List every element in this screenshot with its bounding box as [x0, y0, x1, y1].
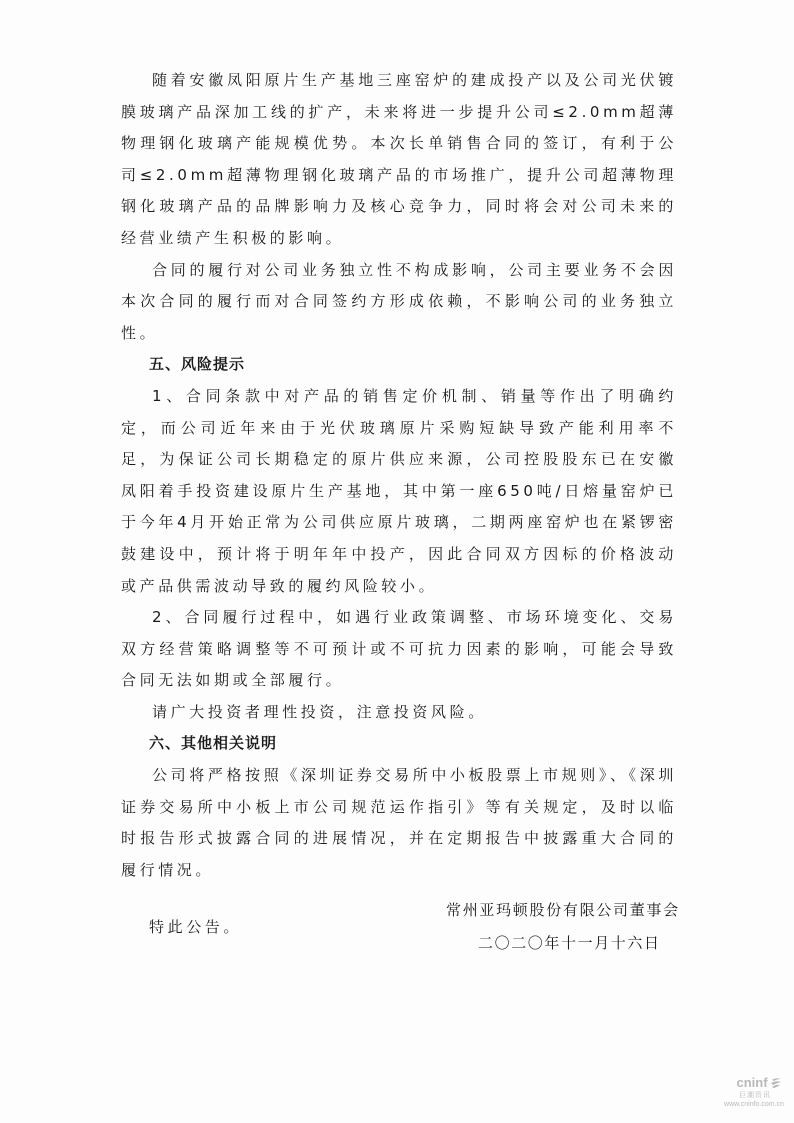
paragraph-disclosure: 公司将严格按照《深圳证券交易所中小板股票上市规则》、《深圳证券交易所中小板上市公… — [121, 760, 677, 886]
watermark-logo-text: cninf — [736, 1075, 767, 1090]
cninfo-watermark: cninf 巨潮资讯 www.cninfo.com.cn — [716, 1072, 792, 1109]
signature-date: 二〇二〇年十一月十六日 — [478, 929, 661, 957]
watermark-chinese-name: 巨潮资讯 — [718, 1091, 792, 1100]
signature-board: 常州亚玛顿股份有限公司董事会 — [446, 896, 680, 924]
watermark-url: www.cninfo.com.cn — [716, 1100, 792, 1109]
section-heading-risk: 五、风险提示 — [121, 349, 677, 381]
paragraph-investor-warning: 请广大投资者理性投资，注意投资风险。 — [121, 697, 677, 729]
paragraph-risk-2: 2、合同履行过程中，如遇行业政策调整、市场环境变化、交易双方经营策略调整等不可预… — [121, 602, 677, 697]
paragraph-independence: 合同的履行对公司业务独立性不构成影响，公司主要业务不会因本次合同的履行而对合同签… — [121, 255, 677, 350]
section-heading-other: 六、其他相关说明 — [121, 728, 677, 760]
document-body: 随着安徽凤阳原片生产基地三座窑炉的建成投产以及公司光伏镀膜玻璃产品深加工线的扩产… — [121, 65, 677, 944]
watermark-logo: cninf — [736, 1075, 781, 1090]
paragraph-business-outlook: 随着安徽凤阳原片生产基地三座窑炉的建成投产以及公司光伏镀膜玻璃产品深加工线的扩产… — [121, 65, 677, 255]
document-page: 随着安徽凤阳原片生产基地三座窑炉的建成投产以及公司光伏镀膜玻璃产品深加工线的扩产… — [0, 0, 794, 1123]
paragraph-risk-1: 1、合同条款中对产品的销售定价机制、销量等作出了明确约定，而公司近年来由于光伏玻… — [121, 381, 677, 602]
cninfo-swirl-icon — [770, 1077, 782, 1089]
